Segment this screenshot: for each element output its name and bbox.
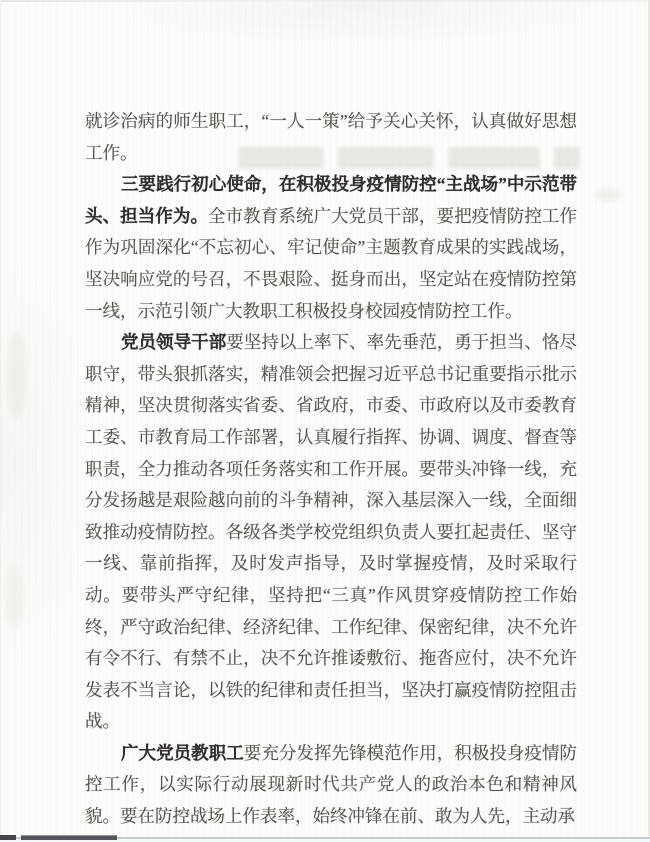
scan-edge-left (0, 0, 1, 836)
scan-smudge-blob (6, 330, 28, 420)
scan-smudge-blob (4, 560, 24, 630)
paragraph-party-leaders: 党员领导干部要坚持以上率下、率先垂范，勇于担当、恪尽职守，带头狠抓落实，精准领会… (85, 327, 577, 738)
paragraph-body: 就诊治病的师生职工，“一人一策”给予关心关怀，认真做好思想工作。 (85, 111, 577, 163)
paragraph-continuation: 就诊治病的师生职工，“一人一策”给予关心关怀，认真做好思想工作。 (85, 106, 577, 169)
scanned-document-page: 就诊治病的师生职工，“一人一策”给予关心关怀，认真做好思想工作。 三要践行初心使… (0, 0, 650, 842)
scan-smudge-blob (596, 188, 622, 202)
scan-edge-top (0, 0, 650, 2)
document-text-block: 就诊治病的师生职工，“一人一策”给予关心关怀，认真做好思想工作。 三要践行初心使… (85, 106, 577, 833)
paragraph-lead: 党员领导干部 (121, 332, 226, 352)
paragraph-party-staff: 广大党员教职工要充分发挥先锋模范作用，积极投身疫情防控工作，以实际行动展现新时代… (85, 738, 577, 833)
paragraph-section-three: 三要践行初心使命，在积极投身疫情防控“主战场”中示范带头、担当作为。全市教育系统… (85, 169, 577, 327)
paragraph-lead: 广大党员教职工 (121, 743, 244, 763)
paragraph-body: 要坚持以上率下、率先垂范，勇于担当、恪尽职守，带头狠抓落实，精准领会把握习近平总… (85, 332, 577, 731)
